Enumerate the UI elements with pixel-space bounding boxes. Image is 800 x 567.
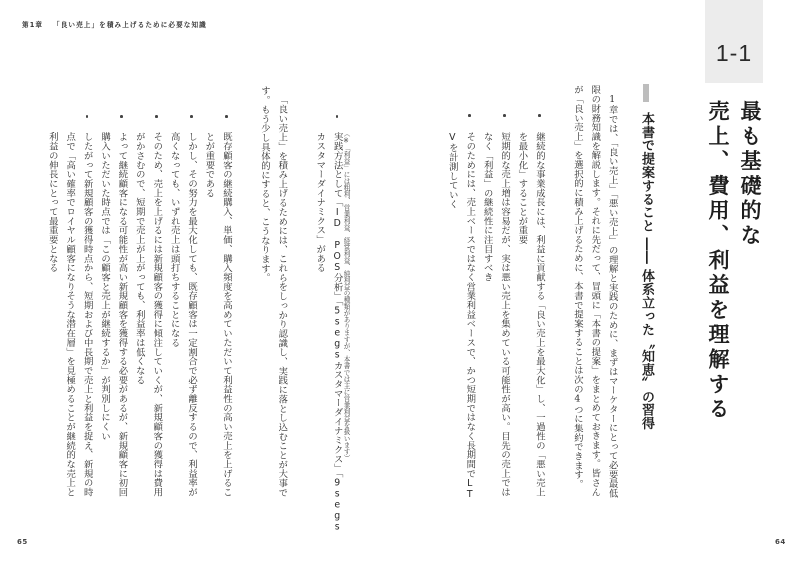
bullet-dot-icon: [225, 115, 228, 118]
book-spread: 第1章 「良い売上」を積み上げるために必要な知識 （※「利益」には粗利、営業利益…: [0, 0, 800, 567]
bullet-dot-icon: [538, 114, 541, 117]
bullet-item-retention-likelihood: よって継続顧客になる可能性が高い新規顧客を獲得する必要があるが、新規顧客に初回 …: [96, 86, 131, 526]
paragraph-line: 限の財務知識を解説します。それに先だって、冒頭に「本書の提案」をまとめておきます…: [586, 85, 603, 525]
bullet-line: したがって新規顧客の獲得時点から、短期および中長期で売上と利益を捉え、新規の時: [78, 86, 95, 526]
paragraph-line: 1章では、「良い売上」「悪い売上」の理解と実践のために、まずはマーケターにとって…: [603, 85, 620, 525]
running-header-chapter: 第1章: [22, 19, 43, 29]
paragraph-summary: 「良い売上」を積み上げるためには、これらをしっかり認識し、実践に落とし込むことが…: [255, 86, 290, 526]
left-page: 第1章 「良い売上」を積み上げるために必要な知識 （※「利益」には粗利、営業利益…: [0, 0, 400, 567]
bullet-item-existing-customers: 既存顧客の継続購入、単価、購入頻度を高めていただいて利益性の高い売上を上げるこ …: [200, 86, 235, 526]
bullet-item-potential-loyal-segment: したがって新規顧客の獲得時点から、短期および中長期で売上と利益を捉え、新規の時 …: [43, 86, 95, 526]
bullet-dot-icon: [468, 114, 471, 117]
bullet-line: 購入いただいた時点では「この顧客と売上が継続するか」が判別しにくい: [96, 86, 113, 526]
section-title-line-2: 売上、費用、利益を理解する: [706, 100, 730, 422]
bullet-line: 短期的な売上増は容易だが、実は悪い売上を集めている可能性が高い。目先の売上では: [496, 85, 513, 525]
bullet-line: よって継続顧客になる可能性が高い新規顧客を獲得する必要があるが、新規顧客に初回: [113, 86, 130, 526]
bullet-dot-icon: [86, 115, 89, 118]
bullet-item-practice-methods: 実践方法として「ID POS分析」「5segsカスタマーダイナミクス」「9seg…: [311, 86, 346, 526]
subheading: 本書で提案すること ―― 体系立った〝知恵〟の習得: [638, 112, 654, 430]
bullet-item-focus-on-profit: 短期的な売上増は容易だが、実は悪い売上を集めている可能性が高い。目先の売上では …: [478, 85, 513, 525]
bullet-line: カスタマーダイナミクス」がある: [311, 86, 328, 526]
right-page: 1-1 最も基礎的な 売上、費用、利益を理解する 本書で提案すること ―― 体系…: [400, 0, 800, 567]
section-number-box: 1-1: [705, 0, 763, 83]
bullet-line: 高くなっても、いずれ売上は頭打ちすることになる: [165, 86, 182, 526]
bullet-line: そのためには、売上ベースではなく営業利益ベースで、かつ短期ではなく長期間でLT: [461, 85, 478, 525]
bullet-line: 継続的な事業成長には、利益に貢献する「良い売上を最大化」し、一過性の「悪い売上: [530, 85, 547, 525]
page-number-right: 64: [775, 538, 786, 546]
bullet-item-churn: しかし、その努力を最大化しても、既存顧客は一定割合で必ず離反するので、利益率が …: [165, 86, 200, 526]
page-number-left: 65: [17, 538, 28, 546]
section-number: 1-1: [716, 42, 752, 65]
paragraph-line: が「良い売上」を選択的に積み上げるために、本書で提案することは次の4つに集約でき…: [568, 85, 585, 525]
left-body-text: 実践方法として「ID POS分析」「5segsカスタマーダイナミクス」「9seg…: [43, 86, 345, 526]
bullet-item-measure-ltv: そのためには、売上ベースではなく営業利益ベースで、かつ短期ではなく長期間でLT …: [443, 85, 478, 525]
bullet-line: Vを計測していく: [443, 85, 460, 525]
bullet-item-new-customer-cost: そのため、売上を上げるには新規顧客の獲得に傾注していくが、新規顧客の獲得は費用 …: [130, 86, 165, 526]
running-header-title: 「良い売上」を積み上げるために必要な知識: [53, 19, 207, 29]
bullet-line: しかし、その努力を最大化しても、既存顧客は一定割合で必ず離反するので、利益率が: [183, 86, 200, 526]
paragraph-intro: 1章では、「良い売上」「悪い売上」の理解と実践のために、まずはマーケターにとって…: [568, 85, 620, 525]
bullet-dot-icon: [503, 114, 506, 117]
bullet-line: 実践方法として「ID POS分析」「5segsカスタマーダイナミクス」「9seg…: [328, 86, 345, 526]
bullet-line: を最小化」することが重要: [513, 85, 530, 525]
section-title-line-1: 最も基礎的な: [738, 100, 762, 249]
subheading-bar-icon: [643, 84, 649, 102]
paragraph-line: 「良い売上」を積み上げるためには、これらをしっかり認識し、実践に落とし込むことが…: [273, 86, 290, 526]
bullet-line: なく「利益」の継続性に注目すべき: [478, 85, 495, 525]
bullet-item-maximize-good-sales: 継続的な事業成長には、利益に貢献する「良い売上を最大化」し、一過性の「悪い売上 …: [513, 85, 548, 525]
bullet-dot-icon: [190, 115, 193, 118]
bullet-dot-icon: [155, 115, 158, 118]
bullet-line: そのため、売上を上げるには新規顧客の獲得に傾注していくが、新規顧客の獲得は費用: [148, 86, 165, 526]
bullet-dot-icon: [120, 115, 123, 118]
paragraph-line: す。もう少し具体的にすると、こうなります。: [255, 86, 272, 526]
bullet-line: 利益の伸長にとって最重要となる: [43, 86, 60, 526]
bullet-line: とが重要である: [200, 86, 217, 526]
bullet-line: がかさむので、短期で売上が上がっても、利益率は低くなる: [130, 86, 147, 526]
bullet-dot-icon: [336, 115, 339, 118]
bullet-line: 点で「高い確率でロイヤル顧客になりそうな潜在層」を見極めることが継続的な売上と: [61, 86, 78, 526]
right-body-text: 1章では、「良い売上」「悪い売上」の理解と実践のために、まずはマーケターにとって…: [443, 85, 620, 525]
bullet-line: 既存顧客の継続購入、単価、購入頻度を高めていただいて利益性の高い売上を上げるこ: [217, 86, 234, 526]
